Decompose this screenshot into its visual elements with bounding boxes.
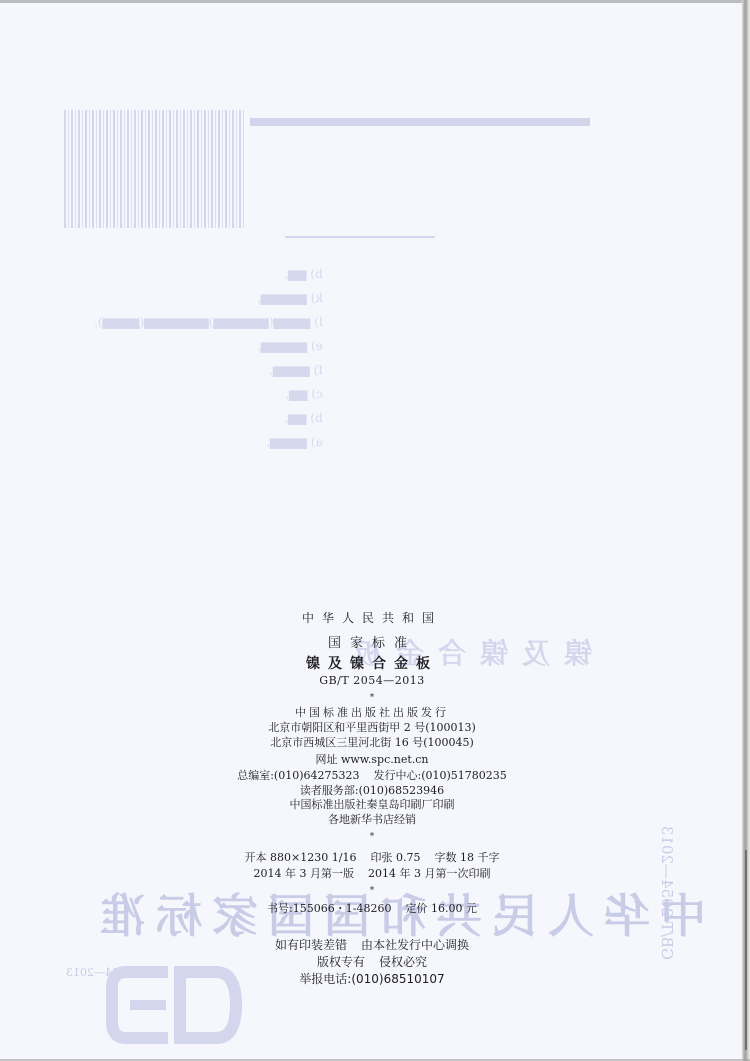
show-through-rule bbox=[250, 118, 590, 126]
show-through-barcode bbox=[64, 110, 244, 228]
exchange-notice: 由本社发行中心调换 bbox=[361, 938, 469, 952]
price: 定价 16.00 元 bbox=[405, 902, 476, 915]
format-block: 开本 880×1230 1/16印张 0.75字数 18 千字 2014 年 3… bbox=[0, 850, 744, 881]
scan-edge-shadow bbox=[745, 850, 747, 1050]
publisher-block: 中国标准出版社出版发行 北京市朝阳区和平里西街甲 2 号(100013) 北京市… bbox=[0, 705, 744, 750]
infringement-notice: 侵权必究 bbox=[379, 955, 427, 969]
distributor: 各地新华书店经销 bbox=[0, 812, 744, 827]
first-edition: 2014 年 3 月第一版 bbox=[254, 867, 354, 880]
book-number: 书号:155066・1-48260 bbox=[267, 902, 391, 915]
book-number-line: 书号:155066・1-48260定价 16.00 元 bbox=[0, 900, 744, 916]
show-through-list: b) ▆▆,k) ▆▆▆▆▆,l) ▆▆▆▆(▆▆▆▆▆▆)▆▆▆▆▆▆▆(▆▆… bbox=[94, 262, 323, 454]
show-through-divider bbox=[285, 236, 435, 238]
country-name: 中华人民共和国 bbox=[0, 609, 744, 626]
publisher: 中国标准出版社出版发行 bbox=[0, 705, 744, 720]
misprint-notice: 如有印装差错 bbox=[275, 938, 347, 952]
standard-title: 镍及镍合金板 bbox=[0, 653, 744, 673]
report-phone: 举报电话:(010)68510107 bbox=[0, 971, 744, 988]
word-count: 字数 18 千字 bbox=[434, 851, 499, 864]
address-2: 北京市西城区三里河北街 16 号(100045) bbox=[0, 735, 744, 750]
printer: 中国标准出版社秦皇岛印刷厂印刷 bbox=[0, 797, 744, 812]
standard-code: GB/T 2054—2013 bbox=[0, 674, 744, 687]
address-1: 北京市朝阳区和平里西街甲 2 号(100013) bbox=[0, 720, 744, 735]
sheets: 印张 0.75 bbox=[370, 851, 420, 864]
format: 开本 880×1230 1/16 bbox=[245, 851, 357, 864]
separator-star: * bbox=[0, 693, 744, 703]
notice-block: 如有印装差错由本社发行中心调换 版权专有侵权必究 举报电话:(010)68510… bbox=[0, 937, 744, 988]
standard-type: 国家标准 bbox=[0, 632, 744, 651]
editorial-office-phone: 总编室:(010)64275323 bbox=[237, 769, 359, 782]
printing-block: 中国标准出版社秦皇岛印刷厂印刷 各地新华书店经销 bbox=[0, 797, 744, 827]
separator-star: * bbox=[0, 886, 744, 896]
separator-star: * bbox=[0, 832, 744, 842]
contact-block: 网址 www.spc.net.cn 总编室:(010)64275323发行中心:… bbox=[0, 752, 744, 799]
copyright-notice: 版权专有 bbox=[317, 955, 365, 969]
scan-edge-top bbox=[0, 0, 750, 3]
website: 网址 www.spc.net.cn bbox=[0, 752, 744, 768]
first-printing: 2014 年 3 月第一次印刷 bbox=[368, 867, 490, 880]
distribution-center-phone: 发行中心:(010)51780235 bbox=[374, 769, 507, 782]
